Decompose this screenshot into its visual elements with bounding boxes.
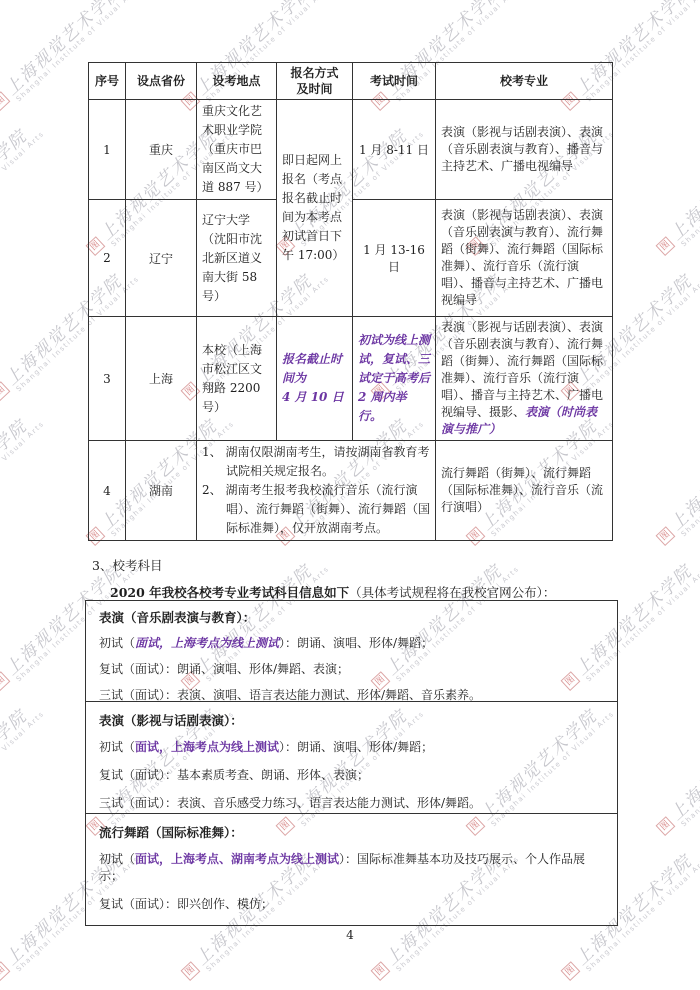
school-name-cn: 上海视觉艺术学院 xyxy=(0,416,32,534)
subject-title: 流行舞蹈（国际标准舞）： xyxy=(99,824,604,841)
cell-registration-deadline: 报名截止时间为 4 月 10 日 xyxy=(277,317,353,441)
header-cell-province: 设点省份 xyxy=(126,63,197,100)
table-row-shanghai: 3 上海 本校（上海市松江区文翔路 2200 号） 报名截止时间为 4 月 10… xyxy=(89,317,613,441)
cell-seq: 4 xyxy=(89,441,126,541)
cell-majors: 表演（影视与话剧表演）、表演（音乐剧表演与教育）、流行舞蹈（街舞）、流行舞蹈（国… xyxy=(436,317,613,441)
round1-post: ）：朗诵、演唱、形体/舞蹈； xyxy=(279,636,433,650)
cell-exam-time-note: 初试为线上测试，复试、三试定于高考后 2 周内举行。 xyxy=(353,317,436,441)
round3-line: 三试（面试）：自我介绍、自选舞蹈、回答考官提问。 xyxy=(99,924,604,925)
school-name-en: Shanghai Institute of Visual Arts xyxy=(680,420,700,539)
section-intro-bold: 2020 年我校各校考专业考试科目信息如下 xyxy=(110,585,349,600)
hunan-note-2: 2、 湖南考生报考我校流行音乐（流行演唱）、流行舞蹈（街舞）、流行舞蹈（国际标准… xyxy=(202,481,430,538)
round1-line: 初试（面试，上海考点为线上测试）：朗诵、演唱、形体/舞蹈； xyxy=(99,635,604,652)
school-seal-icon: 图 xyxy=(0,961,10,981)
header-cell-registration: 报名方式 及时间 xyxy=(277,63,353,100)
round1-pre: 初试（ xyxy=(99,740,135,754)
watermark-tile: 图上海视觉艺术学院Shanghai Institute of Visual Ar… xyxy=(649,113,700,262)
cell-province: 重庆 xyxy=(126,100,197,200)
school-seal-icon: 图 xyxy=(656,236,676,256)
watermark-tile: 图上海视觉艺术学院Shanghai Institute of Visual Ar… xyxy=(0,113,46,262)
online-test-note: 面试，上海考点为线上测试 xyxy=(135,740,279,754)
round1-line: 初试（面试，上海考点为线上测试）：朗诵、演唱、形体/舞蹈； xyxy=(99,739,604,756)
school-name-cn: 上海视觉艺术学院 xyxy=(0,706,32,824)
table-row-chongqing: 1 重庆 重庆文化艺术职业学院（重庆市巴南区尚文大道 887 号） 即日起网上报… xyxy=(89,100,613,200)
online-test-note: 面试，上海考点、湖南考点为线上测试 xyxy=(135,852,339,866)
cell-province: 湖南 xyxy=(126,441,197,541)
header-cell-majors: 校考专业 xyxy=(436,63,613,100)
round2-line: 复试（面试）：基本素质考查、朗诵、形体、表演； xyxy=(99,767,604,784)
cell-seq: 1 xyxy=(89,100,126,200)
watermark-tile: 图上海视觉艺术学院Shanghai Institute of Visual Ar… xyxy=(0,693,46,842)
online-test-note: 面试，上海考点为线上测试 xyxy=(135,636,279,650)
cell-exam-time: 1 月 8-11 日 xyxy=(353,100,436,200)
hunan-note-1: 1、 湖南仅限湖南考生，请按湖南省教育考试院相关规定报名。 xyxy=(202,443,430,481)
cell-venue: 辽宁大学（沈阳市沈北新区道义南大街 58 号） xyxy=(197,200,277,317)
round1-pre: 初试（ xyxy=(99,636,135,650)
round3-line: 三试（面试）：表演、演唱、语言表达能力测试、形体/舞蹈、音乐素养。 xyxy=(99,687,604,701)
school-seal-icon: 图 xyxy=(0,91,10,111)
cell-majors: 表演（影视与话剧表演）、表演（音乐剧表演与教育）、播音与主持艺术、广播电视编导 xyxy=(436,100,613,200)
cell-registration-method: 即日起网上报名（考点报名截止时间为本考点初试首日下午 17:00） xyxy=(277,100,353,317)
school-name-cn: 上海视觉艺术学院 xyxy=(667,706,700,824)
round3-line: 三试（面试）：表演、音乐感受力练习、语言表达能力测试、形体/舞蹈。 xyxy=(99,795,604,812)
round2-line: 复试（面试）：即兴创作、模仿； xyxy=(99,896,604,913)
subject-box-ballroom-dance: 流行舞蹈（国际标准舞）： 初试（面试，上海考点、湖南考点为线上测试）：国际标准舞… xyxy=(86,813,617,925)
school-seal-icon: 图 xyxy=(181,961,201,981)
watermark-tile: 图上海视觉艺术学院Shanghai Institute of Visual Ar… xyxy=(649,403,700,552)
document-page: 图上海视觉艺术学院Shanghai Institute of Visual Ar… xyxy=(0,0,700,990)
subject-title: 表演（音乐剧表演与教育）： xyxy=(99,609,604,626)
cell-province: 上海 xyxy=(126,317,197,441)
school-name-cn: 上海视觉艺术学院 xyxy=(667,126,700,244)
table-header-row: 序号 设点省份 设考地点 报名方式 及时间 考试时间 校考专业 xyxy=(89,63,613,100)
round1-line: 初试（面试，上海考点、湖南考点为线上测试）：国际标准舞基本功及技巧展示、个人作品… xyxy=(99,851,604,885)
school-name-en: Shanghai Institute of Visual Arts xyxy=(0,710,46,829)
school-name-en: Shanghai Institute of Visual Arts xyxy=(680,130,700,249)
school-seal-icon: 图 xyxy=(561,961,581,981)
header-cell-seq: 序号 xyxy=(89,63,126,100)
cell-province: 辽宁 xyxy=(126,200,197,317)
cell-majors: 流行舞蹈（街舞）、流行舞蹈（国际标准舞）、流行音乐（流行演唱） xyxy=(436,441,613,541)
round1-post: ）：朗诵、演唱、形体/舞蹈； xyxy=(279,740,433,754)
subject-box-film-drama: 表演（影视与话剧表演）： 初试（面试，上海考点为线上测试）：朗诵、演唱、形体/舞… xyxy=(86,701,617,813)
school-seal-icon: 图 xyxy=(371,961,391,981)
header-cell-venue: 设考地点 xyxy=(197,63,277,100)
round1-pre: 初试（ xyxy=(99,852,135,866)
school-name-cn: 上海视觉艺术学院 xyxy=(667,416,700,534)
subject-box-musical-theatre: 表演（音乐剧表演与教育）： 初试（面试，上海考点为线上测试）：朗诵、演唱、形体/… xyxy=(86,601,617,701)
section-heading: 3、校考科目 xyxy=(92,556,162,574)
cell-venue: 重庆文化艺术职业学院（重庆市巴南区尚文大道 887 号） xyxy=(197,100,277,200)
school-name-en: Shanghai Institute of Visual Arts xyxy=(0,130,46,249)
school-seal-icon: 图 xyxy=(656,816,676,836)
page-number: 4 xyxy=(0,928,700,942)
school-name-en: Shanghai Institute of Visual Arts xyxy=(0,420,46,539)
school-name-en: Shanghai Institute of Visual Arts xyxy=(680,710,700,829)
table-row-hunan: 4 湖南 1、 湖南仅限湖南考生，请按湖南省教育考试院相关规定报名。 2、 湖南… xyxy=(89,441,613,541)
school-seal-icon: 图 xyxy=(656,526,676,546)
section-intro: 2020 年我校各校考专业考试科目信息如下（具体考试规程将在我校官网公布）： xyxy=(110,583,555,601)
cell-exam-time: 1 月 13-16 日 xyxy=(353,200,436,317)
exam-schedule-table: 序号 设点省份 设考地点 报名方式 及时间 考试时间 校考专业 1 重庆 重庆文… xyxy=(88,62,613,541)
cell-hunan-notes: 1、 湖南仅限湖南考生，请按湖南省教育考试院相关规定报名。 2、 湖南考生报考我… xyxy=(197,441,436,541)
cell-venue: 本校（上海市松江区文翔路 2200 号） xyxy=(197,317,277,441)
school-seal-icon: 图 xyxy=(0,671,10,691)
cell-seq: 2 xyxy=(89,200,126,317)
header-cell-exam-time: 考试时间 xyxy=(353,63,436,100)
subject-title: 表演（影视与话剧表演）： xyxy=(99,712,604,729)
school-name-cn: 上海视觉艺术学院 xyxy=(0,126,32,244)
round2-line: 复试（面试）：朗诵、演唱、形体/舞蹈、表演； xyxy=(99,661,604,678)
exam-subjects-panel: 表演（音乐剧表演与教育）： 初试（面试，上海考点为线上测试）：朗诵、演唱、形体/… xyxy=(85,600,618,926)
watermark-tile: 图上海视觉艺术学院Shanghai Institute of Visual Ar… xyxy=(649,693,700,842)
school-seal-icon: 图 xyxy=(0,381,10,401)
cell-seq: 3 xyxy=(89,317,126,441)
section-intro-rest: （具体考试规程将在我校官网公布）： xyxy=(349,585,555,600)
cell-majors: 表演（影视与话剧表演）、表演（音乐剧表演与教育）、流行舞蹈（街舞）、流行舞蹈（国… xyxy=(436,200,613,317)
watermark-tile: 图上海视觉艺术学院Shanghai Institute of Visual Ar… xyxy=(0,403,46,552)
